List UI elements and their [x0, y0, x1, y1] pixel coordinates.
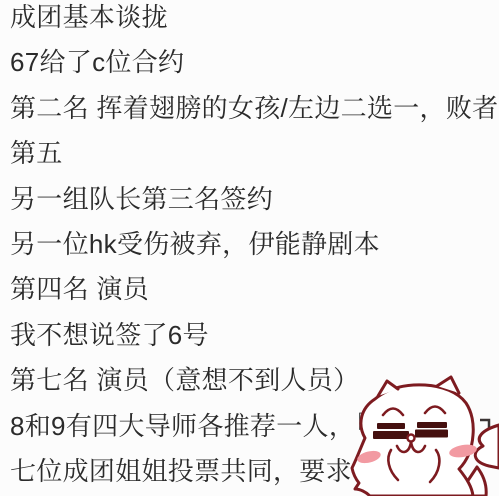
cat-eye-left — [373, 423, 409, 439]
text-line-4: 第五 — [10, 131, 499, 176]
text-line-3: 第二名 挥着翅膀的女孩/左边二选一，败者 — [10, 86, 499, 131]
text-line-2: 67给了c位合约 — [10, 40, 499, 85]
cat-eye-right — [415, 422, 448, 438]
cat-tail — [475, 425, 499, 468]
cat-nose — [408, 435, 415, 442]
text-line-5: 另一组队长第三名签约 — [10, 177, 499, 222]
text-line-6: 另一位hk受伤被弃，伊能静剧本 — [10, 222, 499, 267]
text-line-7: 第四名 演员 — [10, 267, 499, 312]
text-line-8: 我不想说签了6号 — [10, 313, 499, 358]
cat-sticker — [330, 372, 499, 496]
text-line-1: 成团基本谈拢 — [10, 0, 499, 40]
text-screenshot-page: 成团基本谈拢 67给了c位合约 第二名 挥着翅膀的女孩/左边二选一，败者 第五 … — [0, 0, 499, 496]
